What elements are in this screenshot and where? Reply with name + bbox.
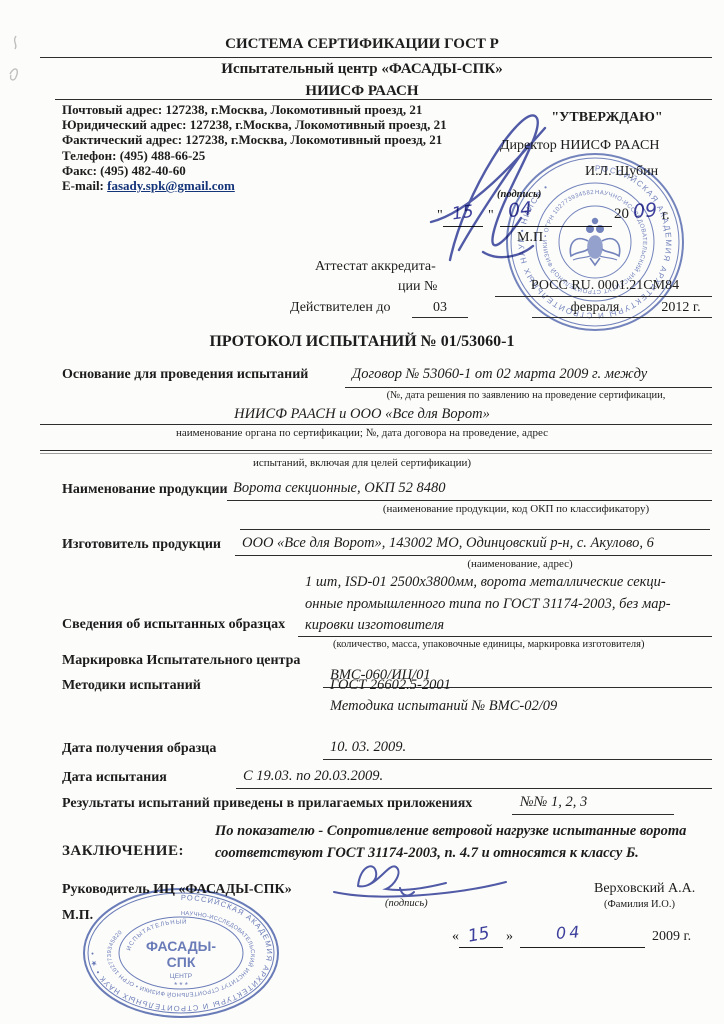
stamp-bottom-stars: * * * — [174, 981, 188, 990]
email-link[interactable]: fasady.spk@gmail.com — [107, 178, 235, 193]
received-label: Дата получения образца — [62, 741, 216, 757]
page-title: ПРОТОКОЛ ИСПЫТАНИЙ № 01/53060-1 — [0, 333, 724, 351]
accreditation-valid-day: 03 — [415, 300, 465, 316]
approve-year-prefix: 20 — [614, 206, 629, 223]
samples-note: (количество, масса, упаковочные единицы,… — [333, 639, 644, 650]
manufacturer-label: Изготовитель продукции — [62, 537, 221, 553]
footer-year: 2009 г. — [652, 929, 691, 945]
approve-day-rule — [443, 226, 483, 227]
received-value: 10. 03. 2009. — [330, 739, 406, 756]
stamp-bottom-outer-text: РОССИЙСКАЯ АКАДЕМИЯ АРХИТЕКТУРЫ И СТРОИТ… — [88, 893, 274, 1013]
approve-month-handwritten: 04 — [507, 198, 533, 222]
contact-actual: Фактический адрес: 127238, г.Москва, Лок… — [62, 132, 442, 148]
stamp-bottom-arc-text: ИСПЫТАТЕЛЬНЫЙ — [126, 918, 187, 952]
header-line1: СИСТЕМА СЕРТИФИКАЦИИ ГОСТ Р — [0, 36, 724, 53]
accreditation-valid-month: февраля — [535, 300, 655, 316]
approve-day-handwritten: 15 — [451, 202, 475, 225]
results-value: №№ 1, 2, 3 — [520, 794, 587, 811]
results-label: Результаты испытаний приведены в прилага… — [62, 796, 472, 812]
product-label: Наименование продукции — [62, 482, 228, 498]
contact-fax: Факс: (495) 482-40-60 — [62, 163, 186, 179]
footer-quote-open: « — [452, 929, 459, 945]
stamp-bottom-mid-text: НАУЧНО-ИССЛЕДОВАТЕЛЬСКИЙ ИНСТИТУТ СТРОИТ… — [107, 911, 255, 999]
accreditation-label2: ции № — [398, 279, 437, 295]
samples-value: кировки изготовителя — [305, 617, 444, 634]
methods-value1: ГОСТ 26602.5-2001 — [330, 677, 451, 694]
footer-day-handwritten: 15 — [466, 923, 491, 946]
header-line3: НИИСФ РААСН — [0, 83, 724, 100]
contact-email-row: E-mail: fasady.spk@gmail.com — [62, 178, 235, 194]
approve-month-rule — [500, 226, 612, 227]
marking-label: Маркировка Испытательного центра — [62, 653, 300, 669]
tested-value: С 19.03. по 20.03.2009. — [243, 768, 383, 785]
samples-label: Сведения об испытанных образцах — [62, 617, 285, 633]
basis-rule3 — [40, 450, 712, 451]
accreditation-number: РОСС RU. 0001.21СМ84 — [505, 278, 705, 294]
footer-month-rule — [520, 947, 645, 948]
accreditation-valid-label: Действителен до — [290, 300, 391, 316]
stamp-bottom-center3: ЦЕНТР — [170, 973, 192, 980]
svg-text:НАУЧНО-ИССЛЕДОВАТЕЛЬСКИЙ ИНСТИ: НАУЧНО-ИССЛЕДОВАТЕЛЬСКИЙ ИНСТИТУТ СТРОИТ… — [107, 911, 255, 999]
product-rule — [227, 500, 712, 501]
footer-sign-label: (подпись) — [385, 898, 428, 909]
samples-line2: онные промышленного типа по ГОСТ 31174-2… — [305, 596, 671, 613]
footer-day-rule — [459, 947, 503, 948]
date-quote-close: " — [488, 208, 494, 224]
basis-value2: НИИСФ РААСН и ООО «Все для Ворот» — [20, 406, 704, 423]
accreditation-day-rule — [412, 317, 468, 318]
header-rule1 — [40, 57, 712, 58]
basis-rule3b — [40, 453, 712, 454]
tested-label: Дата испытания — [62, 770, 167, 786]
footer-quote-close: » — [506, 929, 513, 945]
header-rule2 — [55, 99, 712, 100]
basis-note3: испытаний, включая для целей сертификаци… — [0, 457, 724, 469]
accreditation-valid-year: 2012 г. — [650, 300, 712, 316]
product-value: Ворота секционные, ОКП 52 8480 — [233, 480, 446, 497]
manufacturer-note: (наименование, адрес) — [330, 558, 710, 570]
date-quote-open: " — [437, 208, 443, 224]
contact-phone: Телефон: (495) 488-66-25 — [62, 148, 205, 164]
footer-name: Верховский А.А. — [594, 881, 695, 897]
accreditation-number-rule — [495, 296, 712, 297]
round-stamp-bottom: РОССИЙСКАЯ АКАДЕМИЯ АРХИТЕКТУРЫ И СТРОИТ… — [78, 885, 286, 1023]
conclusion-label: ЗАКЛЮЧЕНИЕ: — [62, 843, 184, 860]
manufacturer-value: ООО «Все для Ворот», 143002 МО, Одинцовс… — [242, 535, 654, 552]
header-line2: Испытательный центр «ФАСАДЫ-СПК» — [0, 61, 724, 78]
approve-title: "УТВЕРЖДАЮ" — [532, 110, 682, 126]
footer-month-handwritten: 04 — [555, 922, 583, 943]
stamp-bottom-center1: ФАСАДЫ- — [146, 938, 216, 954]
basis-note: (№, дата решения по заявлению на проведе… — [340, 390, 712, 401]
accreditation-year-rule — [648, 317, 712, 318]
approve-year-handwritten: 09 — [632, 199, 658, 223]
accreditation-month-rule — [532, 317, 660, 318]
conclusion-line2: соответствуют ГОСТ 31174-2003, п. 4.7 и … — [215, 845, 639, 862]
samples-line1: 1 шт, ISD-01 2500х3800мм, ворота металли… — [305, 574, 666, 591]
basis-value: Договор № 53060-1 от 02 марта 2009 г. ме… — [352, 366, 647, 383]
product-note: (наименование продукции, код ОКП по клас… — [320, 503, 712, 515]
contact-legal: Юридический адрес: 127238, г.Москва, Лок… — [62, 117, 447, 133]
approve-director: Директор НИИСФ РААСН — [500, 138, 660, 154]
methods-value2: Методика испытаний № ВМС-02/09 — [330, 698, 557, 715]
approve-name: И.Л. Шубин — [585, 164, 658, 180]
email-label: E-mail: — [62, 178, 104, 193]
tested-rule — [236, 788, 712, 789]
footer-mp: М.П. — [62, 908, 93, 924]
footer-name-note: (Фамилия И.О.) — [604, 899, 675, 910]
blank-rule — [240, 529, 710, 530]
accreditation-label1: Аттестат аккредита- — [315, 259, 436, 275]
methods-label: Методики испытаний — [62, 678, 201, 694]
svg-text:ИСПЫТАТЕЛЬНЫЙ: ИСПЫТАТЕЛЬНЫЙ — [126, 918, 187, 952]
manufacturer-rule — [235, 555, 712, 556]
footer-head-label: Руководитель ИЦ «ФАСАДЫ-СПК» — [62, 882, 292, 898]
basis-rule — [345, 387, 712, 388]
contact-postal: Почтовый адрес: 127238, г.Москва, Локомо… — [62, 102, 422, 118]
samples-rule — [298, 636, 712, 637]
stamp-bottom-center2: СПК — [167, 954, 196, 970]
basis-label: Основание для проведения испытаний — [62, 367, 308, 383]
scanned-test-protocol-page: СИСТЕМА СЕРТИФИКАЦИИ ГОСТ Р Испытательны… — [0, 0, 724, 1024]
results-rule — [512, 814, 674, 815]
basis-rule2 — [40, 424, 712, 425]
approve-mp: М.П — [517, 230, 543, 246]
svg-text:РОССИЙСКАЯ АКАДЕМИЯ АРХИТЕКТУР: РОССИЙСКАЯ АКАДЕМИЯ АРХИТЕКТУРЫ И СТРОИТ… — [88, 893, 274, 1013]
conclusion-line1: По показателю - Сопротивление ветровой н… — [215, 823, 686, 840]
basis-note2: наименование органа по сертификации; №, … — [0, 427, 724, 439]
approve-year-suffix: г. — [662, 208, 670, 224]
received-rule — [323, 759, 712, 760]
